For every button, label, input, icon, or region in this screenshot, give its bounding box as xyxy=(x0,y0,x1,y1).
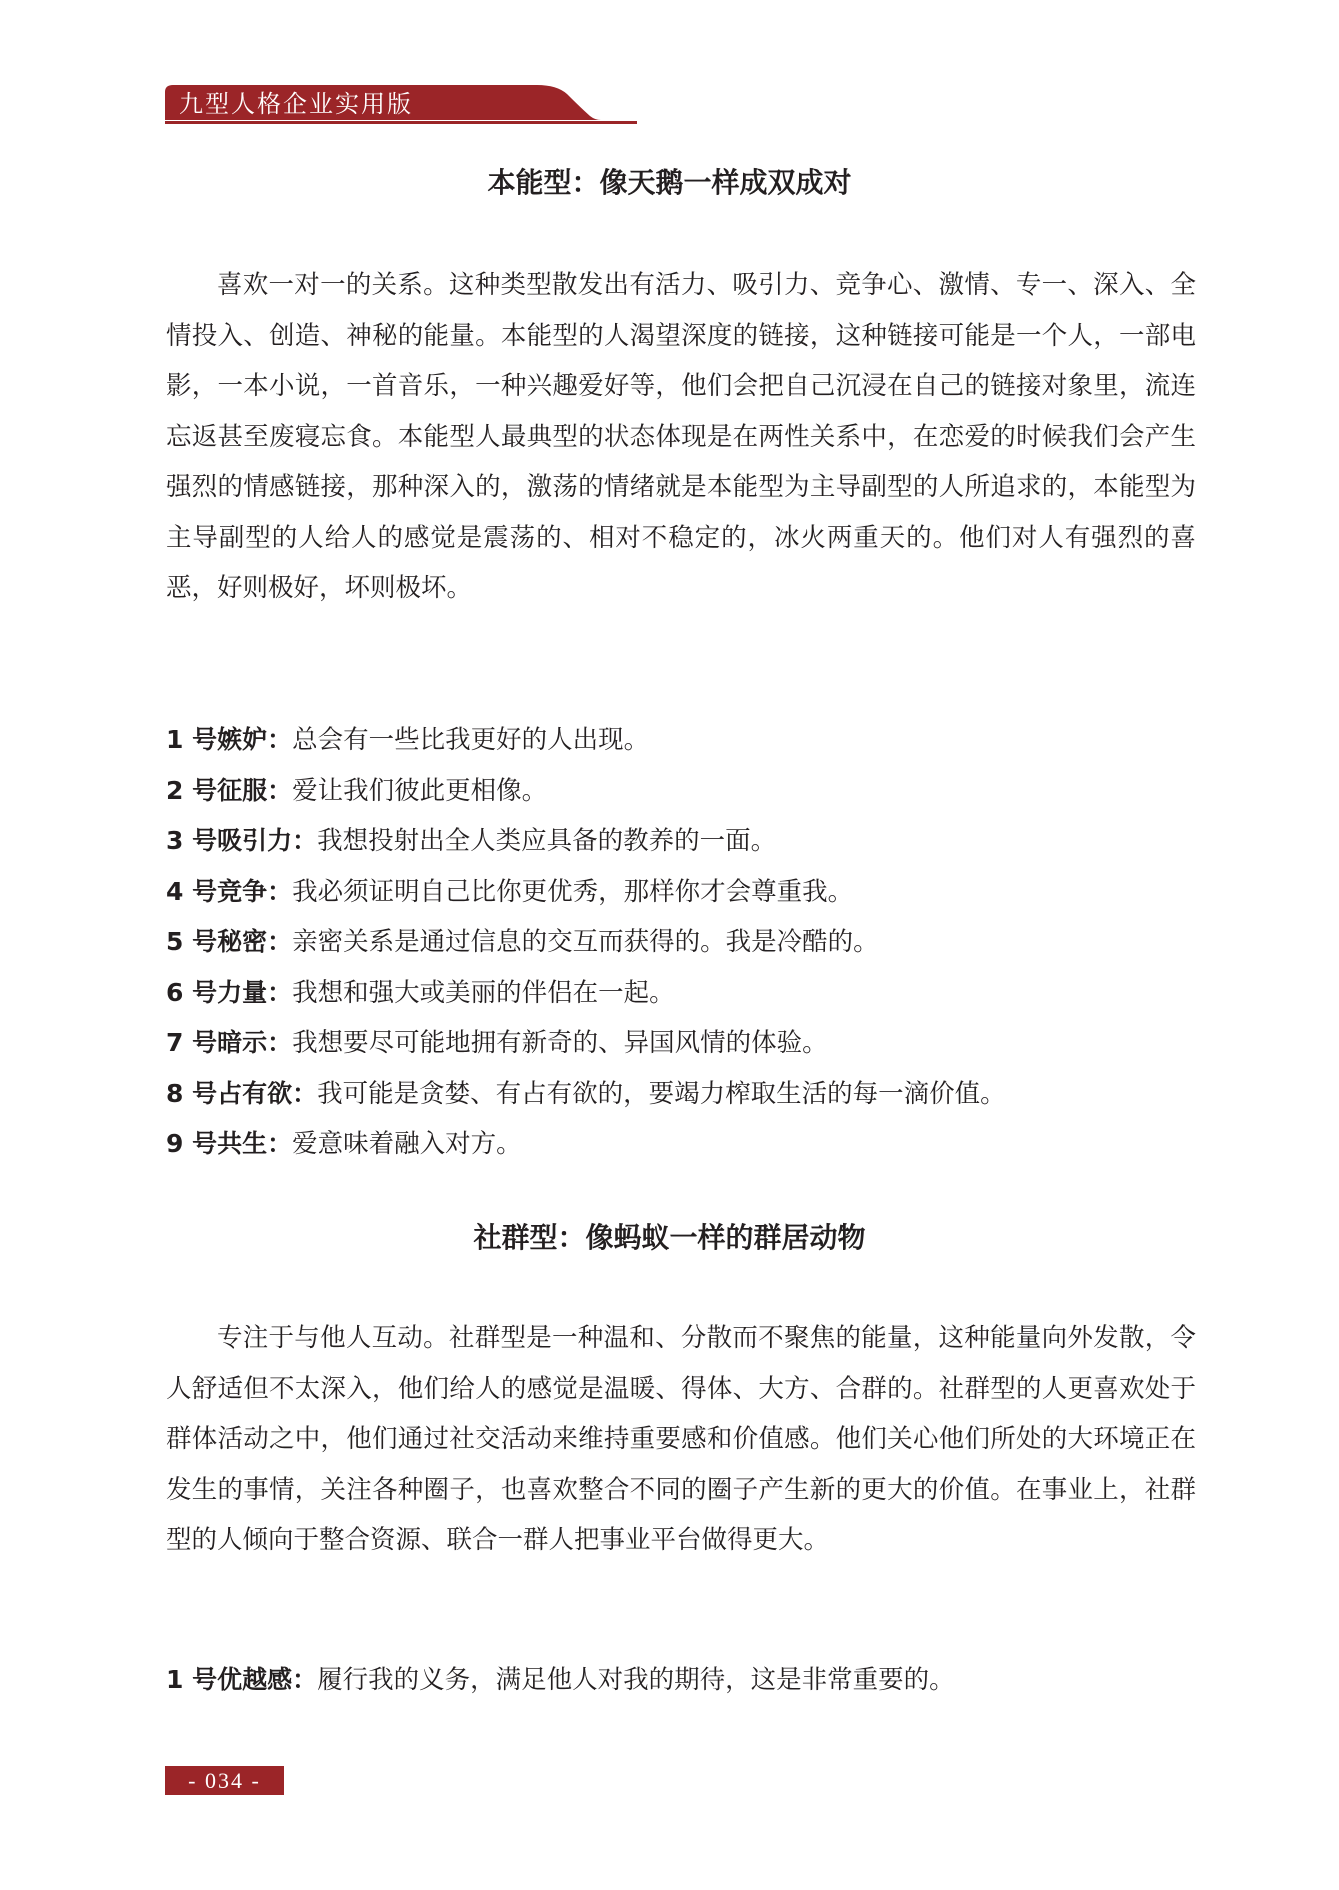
item-label: 6 号力量： xyxy=(166,978,292,1007)
page-number: - 034 - xyxy=(165,1766,284,1795)
list-item: 1 号优越感：履行我的义务，满足他人对我的期待，这是非常重要的。 xyxy=(166,1655,1196,1706)
list-item: 9 号共生：爱意味着融入对方。 xyxy=(166,1119,1196,1170)
item-text: 我必须证明自己比你更优秀，那样你才会尊重我。 xyxy=(292,877,853,907)
item-text: 我想和强大或美丽的伴侣在一起。 xyxy=(292,978,675,1008)
subtype-list-social: 1 号优越感：履行我的义务，满足他人对我的期待，这是非常重要的。 xyxy=(166,1655,1196,1706)
section-heading-social: 社群型：像蚂蚁一样的群居动物 xyxy=(0,1218,1339,1258)
item-text: 爱让我们彼此更相像。 xyxy=(292,776,547,806)
item-label: 7 号暗示： xyxy=(166,1028,292,1057)
list-item: 7 号暗示：我想要尽可能地拥有新奇的、异国风情的体验。 xyxy=(166,1018,1196,1069)
item-text: 总会有一些比我更好的人出现。 xyxy=(292,725,649,755)
item-text: 亲密关系是通过信息的交互而获得的。我是冷酷的。 xyxy=(292,927,879,957)
item-label: 2 号征服： xyxy=(166,776,292,805)
item-text: 我想投射出全人类应具备的教养的一面。 xyxy=(317,826,776,856)
item-label: 1 号优越感： xyxy=(166,1665,317,1694)
subtype-list-instinctive: 1 号嫉妒：总会有一些比我更好的人出现。 2 号征服：爱让我们彼此更相像。 3 … xyxy=(166,715,1196,1170)
section-paragraph-instinctive: 喜欢一对一的关系。这种类型散发出有活力、吸引力、竞争心、激情、专一、深入、全情投… xyxy=(166,260,1196,614)
item-text: 爱意味着融入对方。 xyxy=(292,1129,522,1159)
section-paragraph-social: 专注于与他人互动。社群型是一种温和、分散而不聚焦的能量，这种能量向外发散，令人舒… xyxy=(166,1313,1196,1566)
book-title: 九型人格企业实用版 xyxy=(179,89,413,119)
item-text: 我可能是贪婪、有占有欲的，要竭力榨取生活的每一滴价值。 xyxy=(317,1079,1006,1109)
item-label: 8 号占有欲： xyxy=(166,1079,317,1108)
item-label: 4 号竞争： xyxy=(166,877,292,906)
item-text: 履行我的义务，满足他人对我的期待，这是非常重要的。 xyxy=(317,1665,955,1695)
list-item: 2 号征服：爱让我们彼此更相像。 xyxy=(166,766,1196,817)
list-item: 3 号吸引力：我想投射出全人类应具备的教养的一面。 xyxy=(166,816,1196,867)
item-label: 3 号吸引力： xyxy=(166,826,317,855)
item-label: 5 号秘密： xyxy=(166,927,292,956)
item-label: 1 号嫉妒： xyxy=(166,725,292,754)
list-item: 8 号占有欲：我可能是贪婪、有占有欲的，要竭力榨取生活的每一滴价值。 xyxy=(166,1069,1196,1120)
item-label: 9 号共生： xyxy=(166,1129,292,1158)
list-item: 5 号秘密：亲密关系是通过信息的交互而获得的。我是冷酷的。 xyxy=(166,917,1196,968)
list-item: 4 号竞争：我必须证明自己比你更优秀，那样你才会尊重我。 xyxy=(166,867,1196,918)
section-heading-instinctive: 本能型：像天鹅一样成双成对 xyxy=(0,163,1339,203)
header-banner: 九型人格企业实用版 xyxy=(165,84,640,126)
list-item: 6 号力量：我想和强大或美丽的伴侣在一起。 xyxy=(166,968,1196,1019)
list-item: 1 号嫉妒：总会有一些比我更好的人出现。 xyxy=(166,715,1196,766)
item-text: 我想要尽可能地拥有新奇的、异国风情的体验。 xyxy=(292,1028,828,1058)
